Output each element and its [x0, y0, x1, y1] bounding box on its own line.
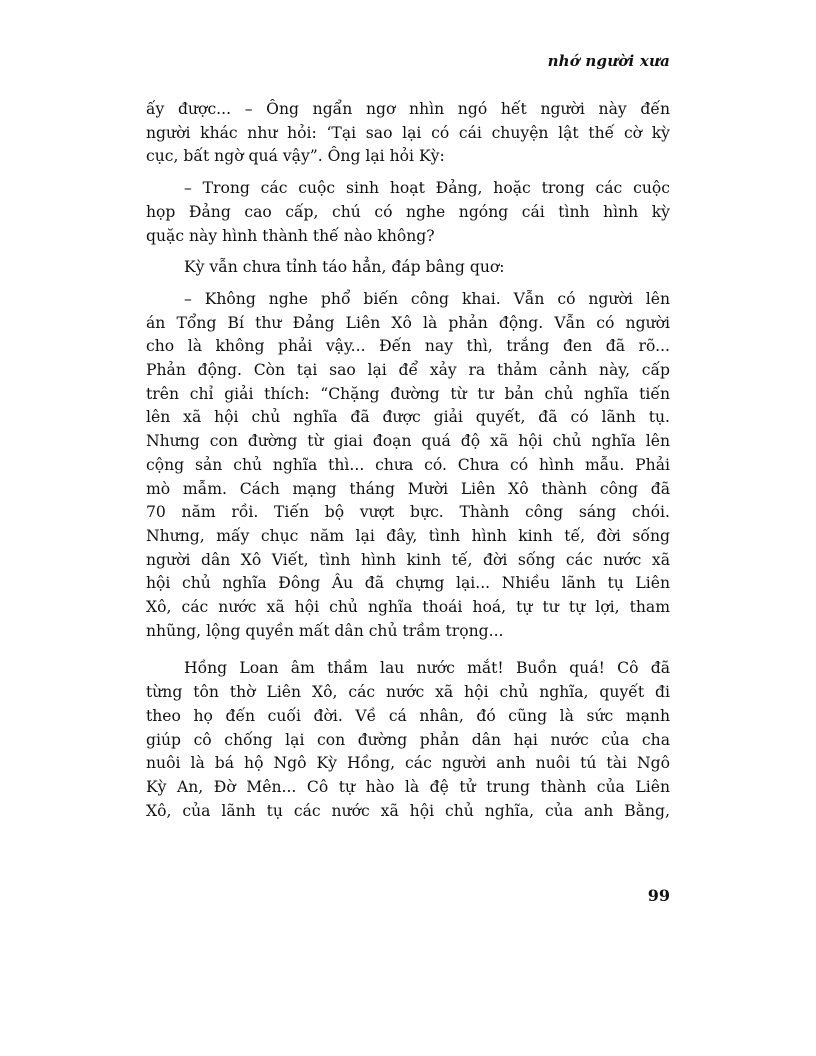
text-line: Kỳ vẫn chưa tỉnh táo hẳn, đáp bâng quơ: [146, 256, 670, 280]
text-line: 70 năm rồi. Tiến bộ vượt bực. Thành công… [146, 501, 670, 525]
text-line: quặc này hình thành thế nào không? [146, 225, 670, 249]
text-line: mò mẫm. Cách mạng tháng Mười Liên Xô thà… [146, 478, 670, 502]
paragraph-5: Hồng Loan âm thầm lau nước mắt! Buồn quá… [146, 657, 670, 823]
text-line: nuôi là bá hộ Ngô Kỳ Hồng, các người anh… [146, 752, 670, 776]
text-line: ấy được... – Ông ngẩn ngơ nhìn ngó hết n… [146, 98, 670, 122]
book-page: nhớ người xưa ấy được... – Ông ngẩn ngơ … [0, 0, 816, 1056]
text-line: giúp cô chống lại con đường phản dân hại… [146, 729, 670, 753]
text-line: Phản động. Còn tại sao lại để xảy ra thả… [146, 359, 670, 383]
text-line: người dân Xô Viết, tình hình kinh tế, đờ… [146, 549, 670, 573]
text-line: người khác như hỏi: ‘Tại sao lại có cái … [146, 122, 670, 146]
text-line: án Tổng Bí thư Đảng Liên Xô là phản động… [146, 312, 670, 336]
text-line: Nhưng con đường từ giai đoạn quá độ xã h… [146, 430, 670, 454]
body-text: ấy được... – Ông ngẩn ngơ nhìn ngó hết n… [146, 98, 670, 823]
text-line: họp Đảng cao cấp, chú có nghe ngóng cái … [146, 201, 670, 225]
running-header-title: nhớ người xưa [548, 52, 670, 70]
text-line: Xô, của lãnh tụ các nước xã hội chủ nghĩ… [146, 800, 670, 824]
text-line: trên chỉ giải thích: “Chặng đường từ tư … [146, 383, 670, 407]
paragraph-4: – Không nghe phổ biến công khai. Vẫn có … [146, 288, 670, 644]
paragraph-3: Kỳ vẫn chưa tỉnh táo hẳn, đáp bâng quơ: [146, 256, 670, 280]
text-line: Hồng Loan âm thầm lau nước mắt! Buồn quá… [146, 657, 670, 681]
paragraph-1: ấy được... – Ông ngẩn ngơ nhìn ngó hết n… [146, 98, 670, 169]
text-line: Kỳ An, Đờ Mên... Cô tự hào là đệ tử trun… [146, 776, 670, 800]
paragraph-2: – Trong các cuộc sinh hoạt Đảng, hoặc tr… [146, 177, 670, 248]
text-line: Nhưng, mấy chục năm lại đây, tình hình k… [146, 525, 670, 549]
text-line: – Không nghe phổ biến công khai. Vẫn có … [146, 288, 670, 312]
text-line: cho là không phải vậy... Đến nay thì, tr… [146, 335, 670, 359]
text-line: hội chủ nghĩa Đông Âu đã chựng lại... Nh… [146, 572, 670, 596]
text-line: – Trong các cuộc sinh hoạt Đảng, hoặc tr… [146, 177, 670, 201]
text-line: từng tôn thờ Liên Xô, các nước xã hội ch… [146, 681, 670, 705]
page-number: 99 [648, 886, 670, 905]
text-line: Xô, các nước xã hội chủ nghĩa thoái hoá,… [146, 596, 670, 620]
text-line: theo họ đến cuối đời. Về cá nhân, đó cũn… [146, 705, 670, 729]
text-line: nhũng, lộng quyền mất dân chủ trầm trọng… [146, 620, 670, 644]
text-line: cộng sản chủ nghĩa thì... chưa có. Chưa … [146, 454, 670, 478]
text-line: cục, bất ngờ quá vậy”. Ông lại hỏi Kỳ: [146, 145, 670, 169]
text-line: lên xã hội chủ nghĩa đã được giải quyết,… [146, 406, 670, 430]
